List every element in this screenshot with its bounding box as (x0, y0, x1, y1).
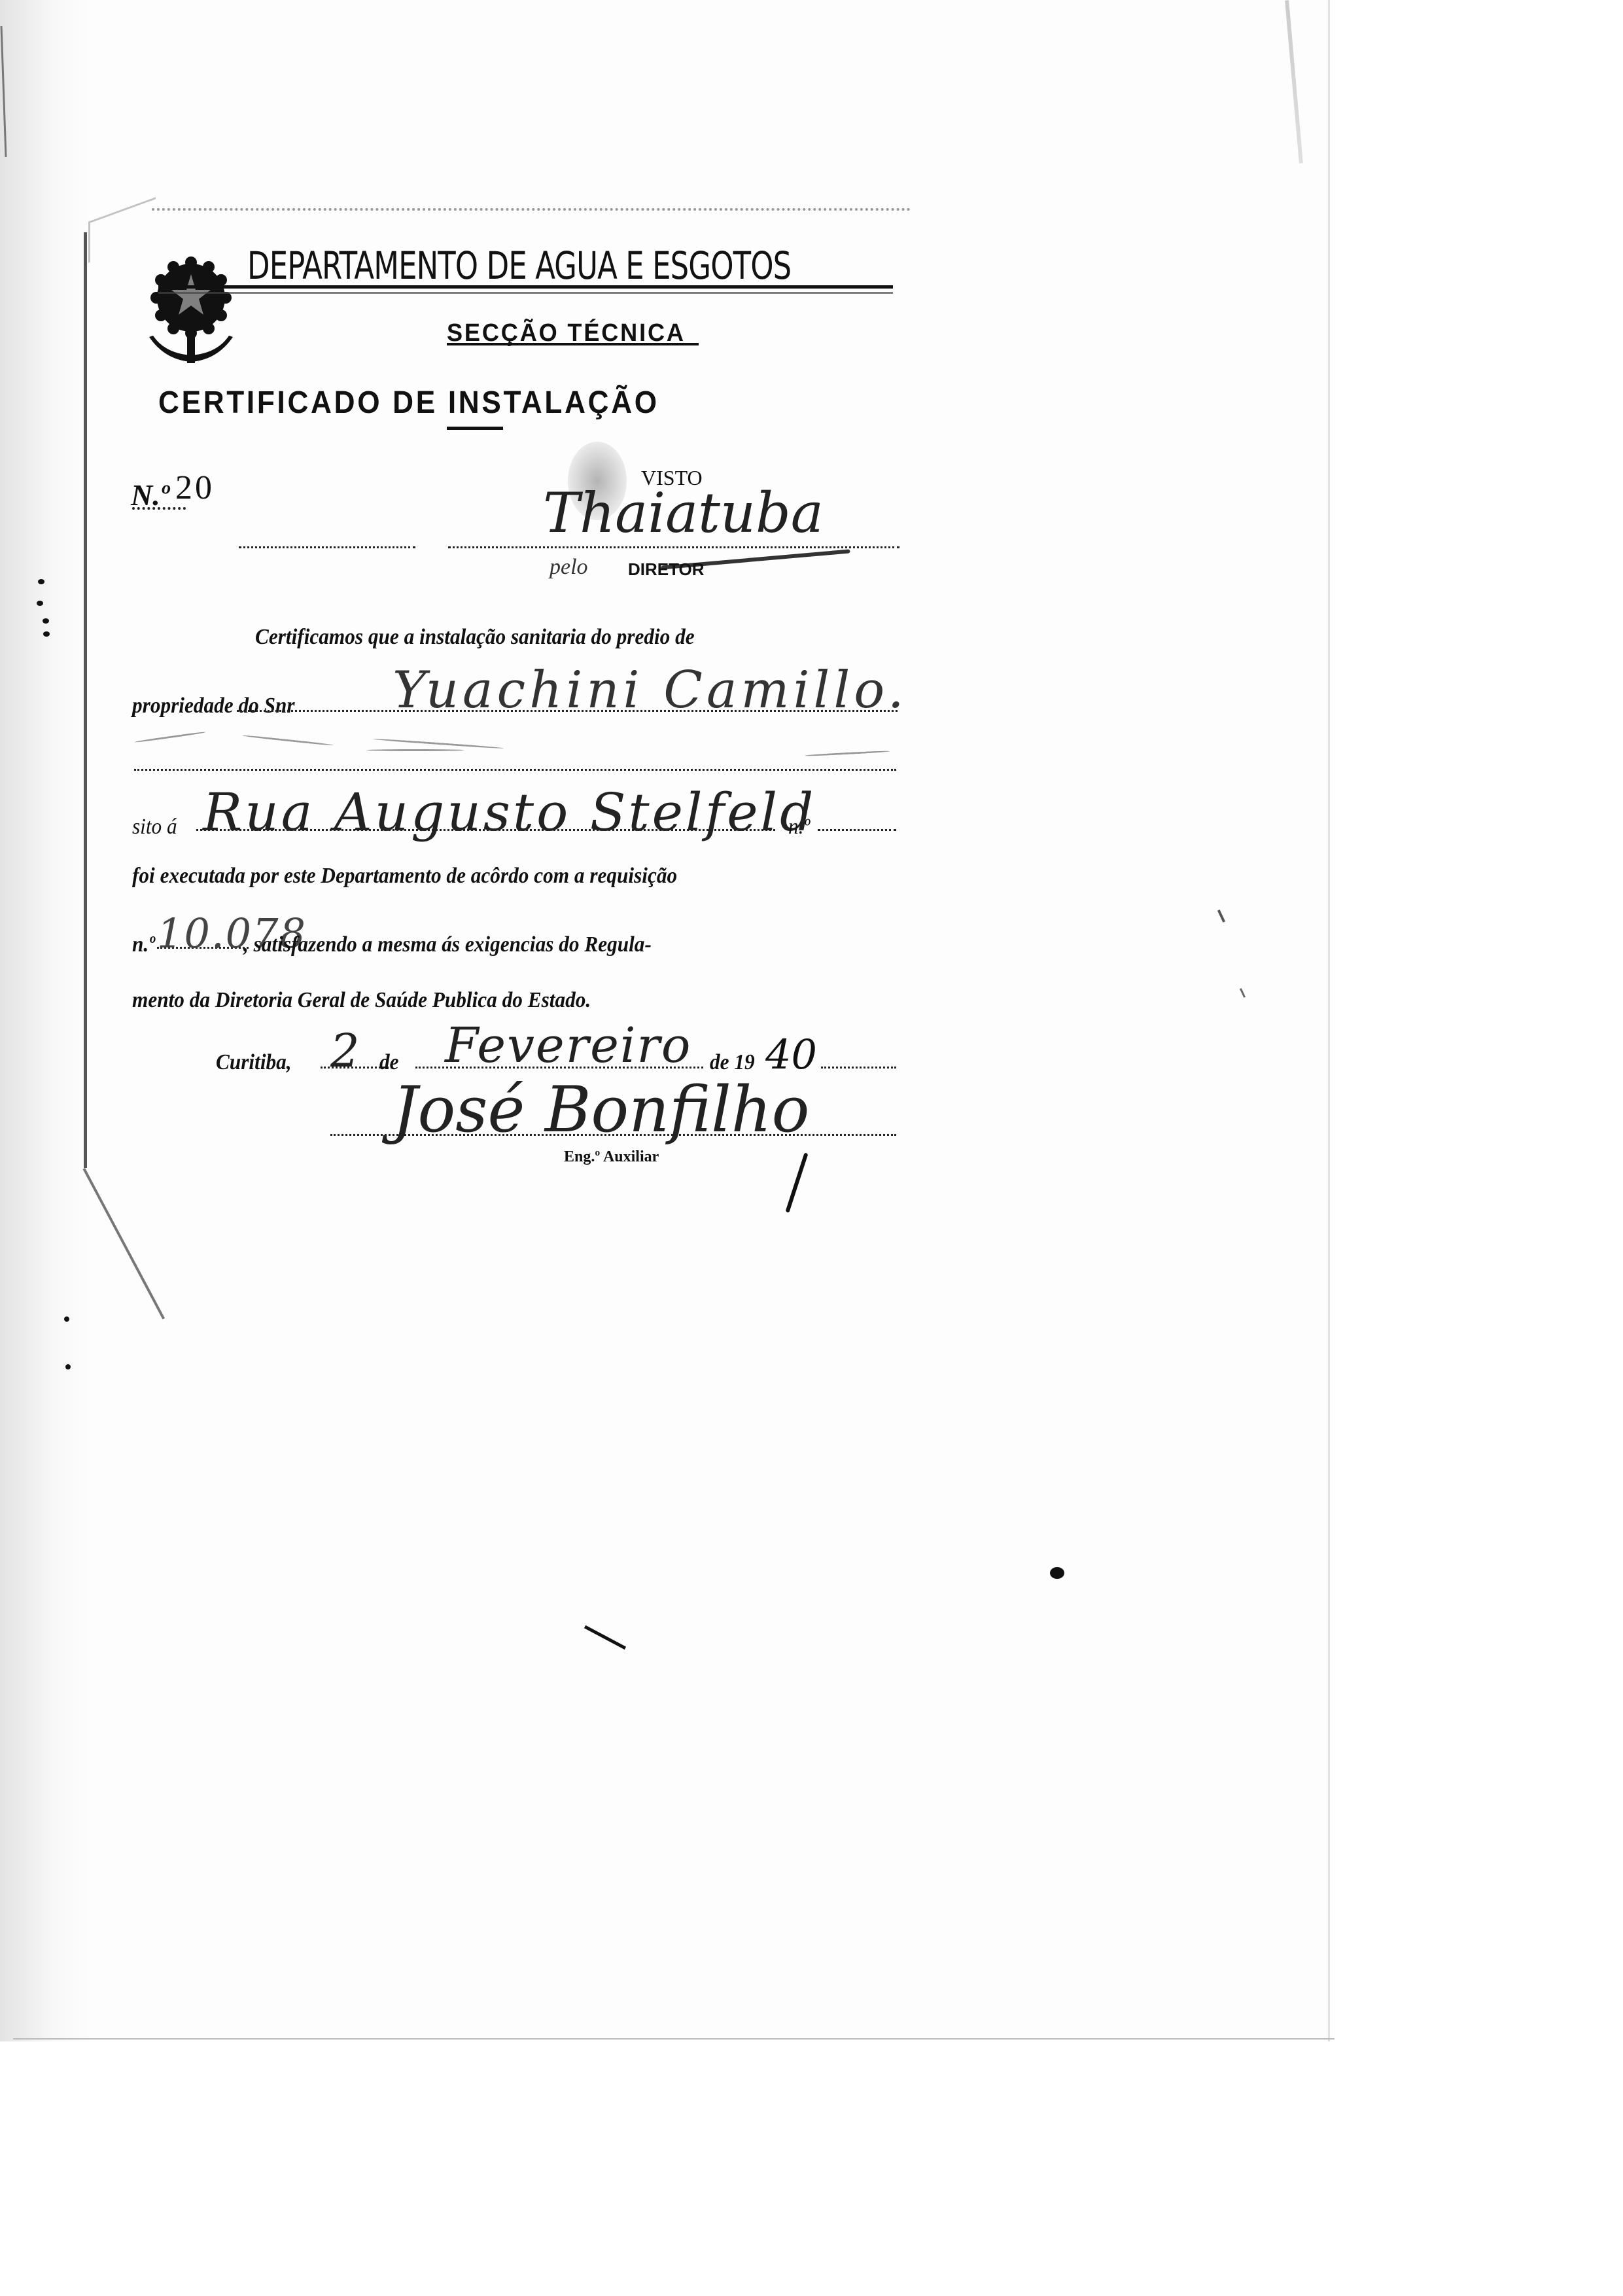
date-city: Curitiba, (216, 1050, 292, 1075)
form-top-border (152, 208, 911, 211)
ink-speck (43, 618, 49, 624)
owner-name-handwritten: Yuachini Camillo. (393, 661, 908, 720)
body-line-1: Certificamos que a instalação sanitaria … (255, 625, 695, 650)
director-signature-line (239, 546, 415, 548)
pencil-squiggle-4 (366, 749, 464, 751)
ink-blot (1050, 1567, 1064, 1579)
year-suffix-handwritten: 40 (765, 1031, 817, 1078)
form-left-border (84, 232, 87, 1168)
certificate-title-rule (447, 427, 503, 430)
body-line-5: , satisfazendo a mesma ás exigencias do … (243, 932, 652, 957)
sheet-shadow (0, 0, 92, 2041)
director-signature: Thaiatuba (543, 481, 824, 545)
engineer-signature: José Bonfilho (393, 1073, 809, 1146)
title-rule-secondary (158, 292, 893, 294)
certificate-title: CERTIFICADO DE INSTALAÇÃO (158, 385, 659, 421)
certificate-number: 20 (175, 468, 215, 507)
address-number-dotted-line (818, 829, 896, 831)
director-label: DIRETOR (628, 559, 705, 580)
pelo-handwritten: pelo (550, 555, 588, 580)
body-line-4: foi executada por este Departamento de a… (132, 864, 677, 889)
year-dotted-line (821, 1067, 896, 1069)
owner-second-dotted-line (134, 769, 896, 771)
ink-speck (65, 1364, 71, 1369)
ink-speck (64, 1316, 69, 1322)
brazil-coat-of-arms-icon (145, 252, 237, 366)
address-handwritten: Rua Augusto Stelfeld (203, 782, 816, 843)
ink-speck (37, 601, 43, 606)
sheet-edge-right (1285, 0, 1303, 164)
engineer-label: Eng.º Auxiliar (564, 1148, 659, 1166)
address-label: sito á (132, 815, 177, 839)
number-dotted-line (132, 507, 186, 510)
requisition-label: n.º (132, 932, 155, 957)
date-de-1: de (379, 1050, 399, 1075)
title-rule (158, 285, 893, 289)
ink-speck (43, 631, 50, 637)
body-line-6: mento da Diretoria Geral de Saúde Public… (132, 988, 591, 1013)
day-handwritten: 2 (330, 1024, 360, 1078)
ink-speck (38, 579, 44, 584)
month-handwritten: Fevereiro (445, 1017, 691, 1074)
section-underline (447, 343, 699, 345)
address-number-label: n.º (788, 815, 810, 839)
owner-label: propriedade do Snr (132, 694, 295, 718)
sheet-bottom-edge (13, 2038, 1335, 2040)
director-dotted-line (448, 546, 899, 548)
date-de-2: de 19 (710, 1050, 755, 1075)
department-title: DEPARTAMENTO DE AGUA E ESGOTOS (247, 243, 791, 288)
